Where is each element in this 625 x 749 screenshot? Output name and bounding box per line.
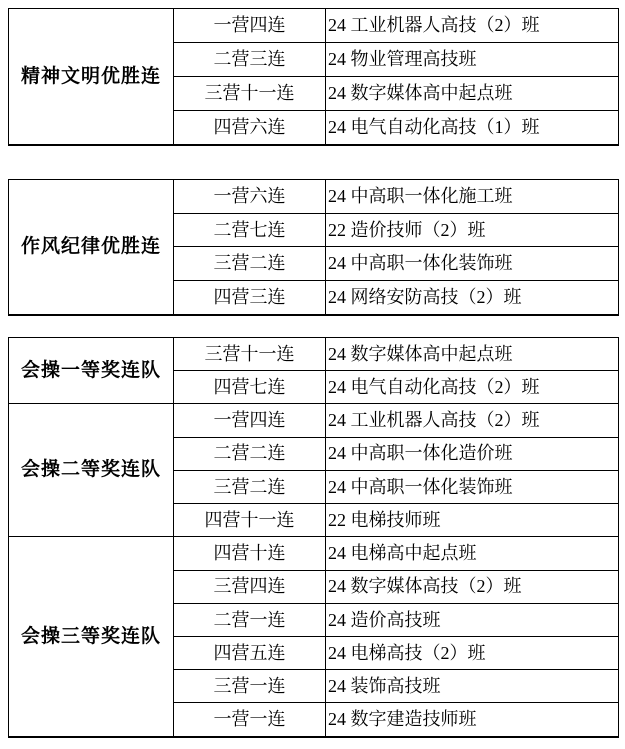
award-category-cell: 会操二等奖连队 — [9, 404, 174, 537]
class-name-cell: 24 数字媒体高技（2）班 — [326, 570, 619, 603]
class-name-cell: 24 中高职一体化装饰班 — [326, 470, 619, 503]
unit-cell: 一营四连 — [174, 404, 326, 437]
award-table-spiritual-civilization: 精神文明优胜连一营四连24 工业机器人高技（2）班二营三连24 物业管理高技班三… — [8, 8, 619, 146]
class-name-cell: 22 电梯技师班 — [326, 504, 619, 537]
class-name-cell: 22 造价技师（2）班 — [326, 213, 619, 247]
award-table-discipline: 作风纪律优胜连一营六连24 中高职一体化施工班二营七连22 造价技师（2）班三营… — [8, 179, 619, 316]
class-name-cell: 24 数字建造技师班 — [326, 703, 619, 737]
class-name-cell: 24 物业管理高技班 — [326, 42, 619, 76]
unit-cell: 一营六连 — [174, 180, 326, 214]
unit-cell: 三营二连 — [174, 470, 326, 503]
document-page: 精神文明优胜连一营四连24 工业机器人高技（2）班二营三连24 物业管理高技班三… — [0, 8, 625, 749]
table-row: 会操二等奖连队一营四连24 工业机器人高技（2）班 — [9, 404, 619, 437]
class-name-cell: 24 电梯高中起点班 — [326, 537, 619, 570]
unit-cell: 三营二连 — [174, 247, 326, 281]
award-table-drill-prizes: 会操一等奖连队三营十一连24 数字媒体高中起点班四营七连24 电气自动化高技（2… — [8, 337, 619, 738]
table-row: 会操一等奖连队三营十一连24 数字媒体高中起点班 — [9, 338, 619, 371]
class-name-cell: 24 装饰高技班 — [326, 670, 619, 703]
class-name-cell: 24 数字媒体高中起点班 — [326, 76, 619, 110]
table-body: 会操一等奖连队三营十一连24 数字媒体高中起点班四营七连24 电气自动化高技（2… — [9, 338, 619, 738]
unit-cell: 一营一连 — [174, 703, 326, 737]
unit-cell: 二营一连 — [174, 603, 326, 636]
table-row: 作风纪律优胜连一营六连24 中高职一体化施工班 — [9, 180, 619, 214]
award-category-cell: 会操三等奖连队 — [9, 537, 174, 737]
unit-cell: 二营三连 — [174, 42, 326, 76]
award-category-cell: 作风纪律优胜连 — [9, 180, 174, 316]
unit-cell: 四营三连 — [174, 281, 326, 315]
award-category-cell: 精神文明优胜连 — [9, 9, 174, 146]
class-name-cell: 24 中高职一体化装饰班 — [326, 247, 619, 281]
unit-cell: 三营十一连 — [174, 338, 326, 371]
class-name-cell: 24 电气自动化高技（1）班 — [326, 110, 619, 145]
unit-cell: 二营七连 — [174, 213, 326, 247]
class-name-cell: 24 网络安防高技（2）班 — [326, 281, 619, 315]
unit-cell: 二营二连 — [174, 437, 326, 470]
table-body: 精神文明优胜连一营四连24 工业机器人高技（2）班二营三连24 物业管理高技班三… — [9, 9, 619, 146]
unit-cell: 四营五连 — [174, 636, 326, 669]
class-name-cell: 24 数字媒体高中起点班 — [326, 338, 619, 371]
unit-cell: 四营七连 — [174, 371, 326, 404]
unit-cell: 三营十一连 — [174, 76, 326, 110]
class-name-cell: 24 中高职一体化施工班 — [326, 180, 619, 214]
unit-cell: 三营四连 — [174, 570, 326, 603]
class-name-cell: 24 工业机器人高技（2）班 — [326, 404, 619, 437]
class-name-cell: 24 中高职一体化造价班 — [326, 437, 619, 470]
class-name-cell: 24 电气自动化高技（2）班 — [326, 371, 619, 404]
table-body: 作风纪律优胜连一营六连24 中高职一体化施工班二营七连22 造价技师（2）班三营… — [9, 180, 619, 316]
class-name-cell: 24 造价高技班 — [326, 603, 619, 636]
unit-cell: 三营一连 — [174, 670, 326, 703]
unit-cell: 一营四连 — [174, 9, 326, 43]
table-row: 精神文明优胜连一营四连24 工业机器人高技（2）班 — [9, 9, 619, 43]
unit-cell: 四营十连 — [174, 537, 326, 570]
award-category-cell: 会操一等奖连队 — [9, 338, 174, 404]
class-name-cell: 24 工业机器人高技（2）班 — [326, 9, 619, 43]
unit-cell: 四营十一连 — [174, 504, 326, 537]
table-row: 会操三等奖连队四营十连24 电梯高中起点班 — [9, 537, 619, 570]
class-name-cell: 24 电梯高技（2）班 — [326, 636, 619, 669]
unit-cell: 四营六连 — [174, 110, 326, 145]
